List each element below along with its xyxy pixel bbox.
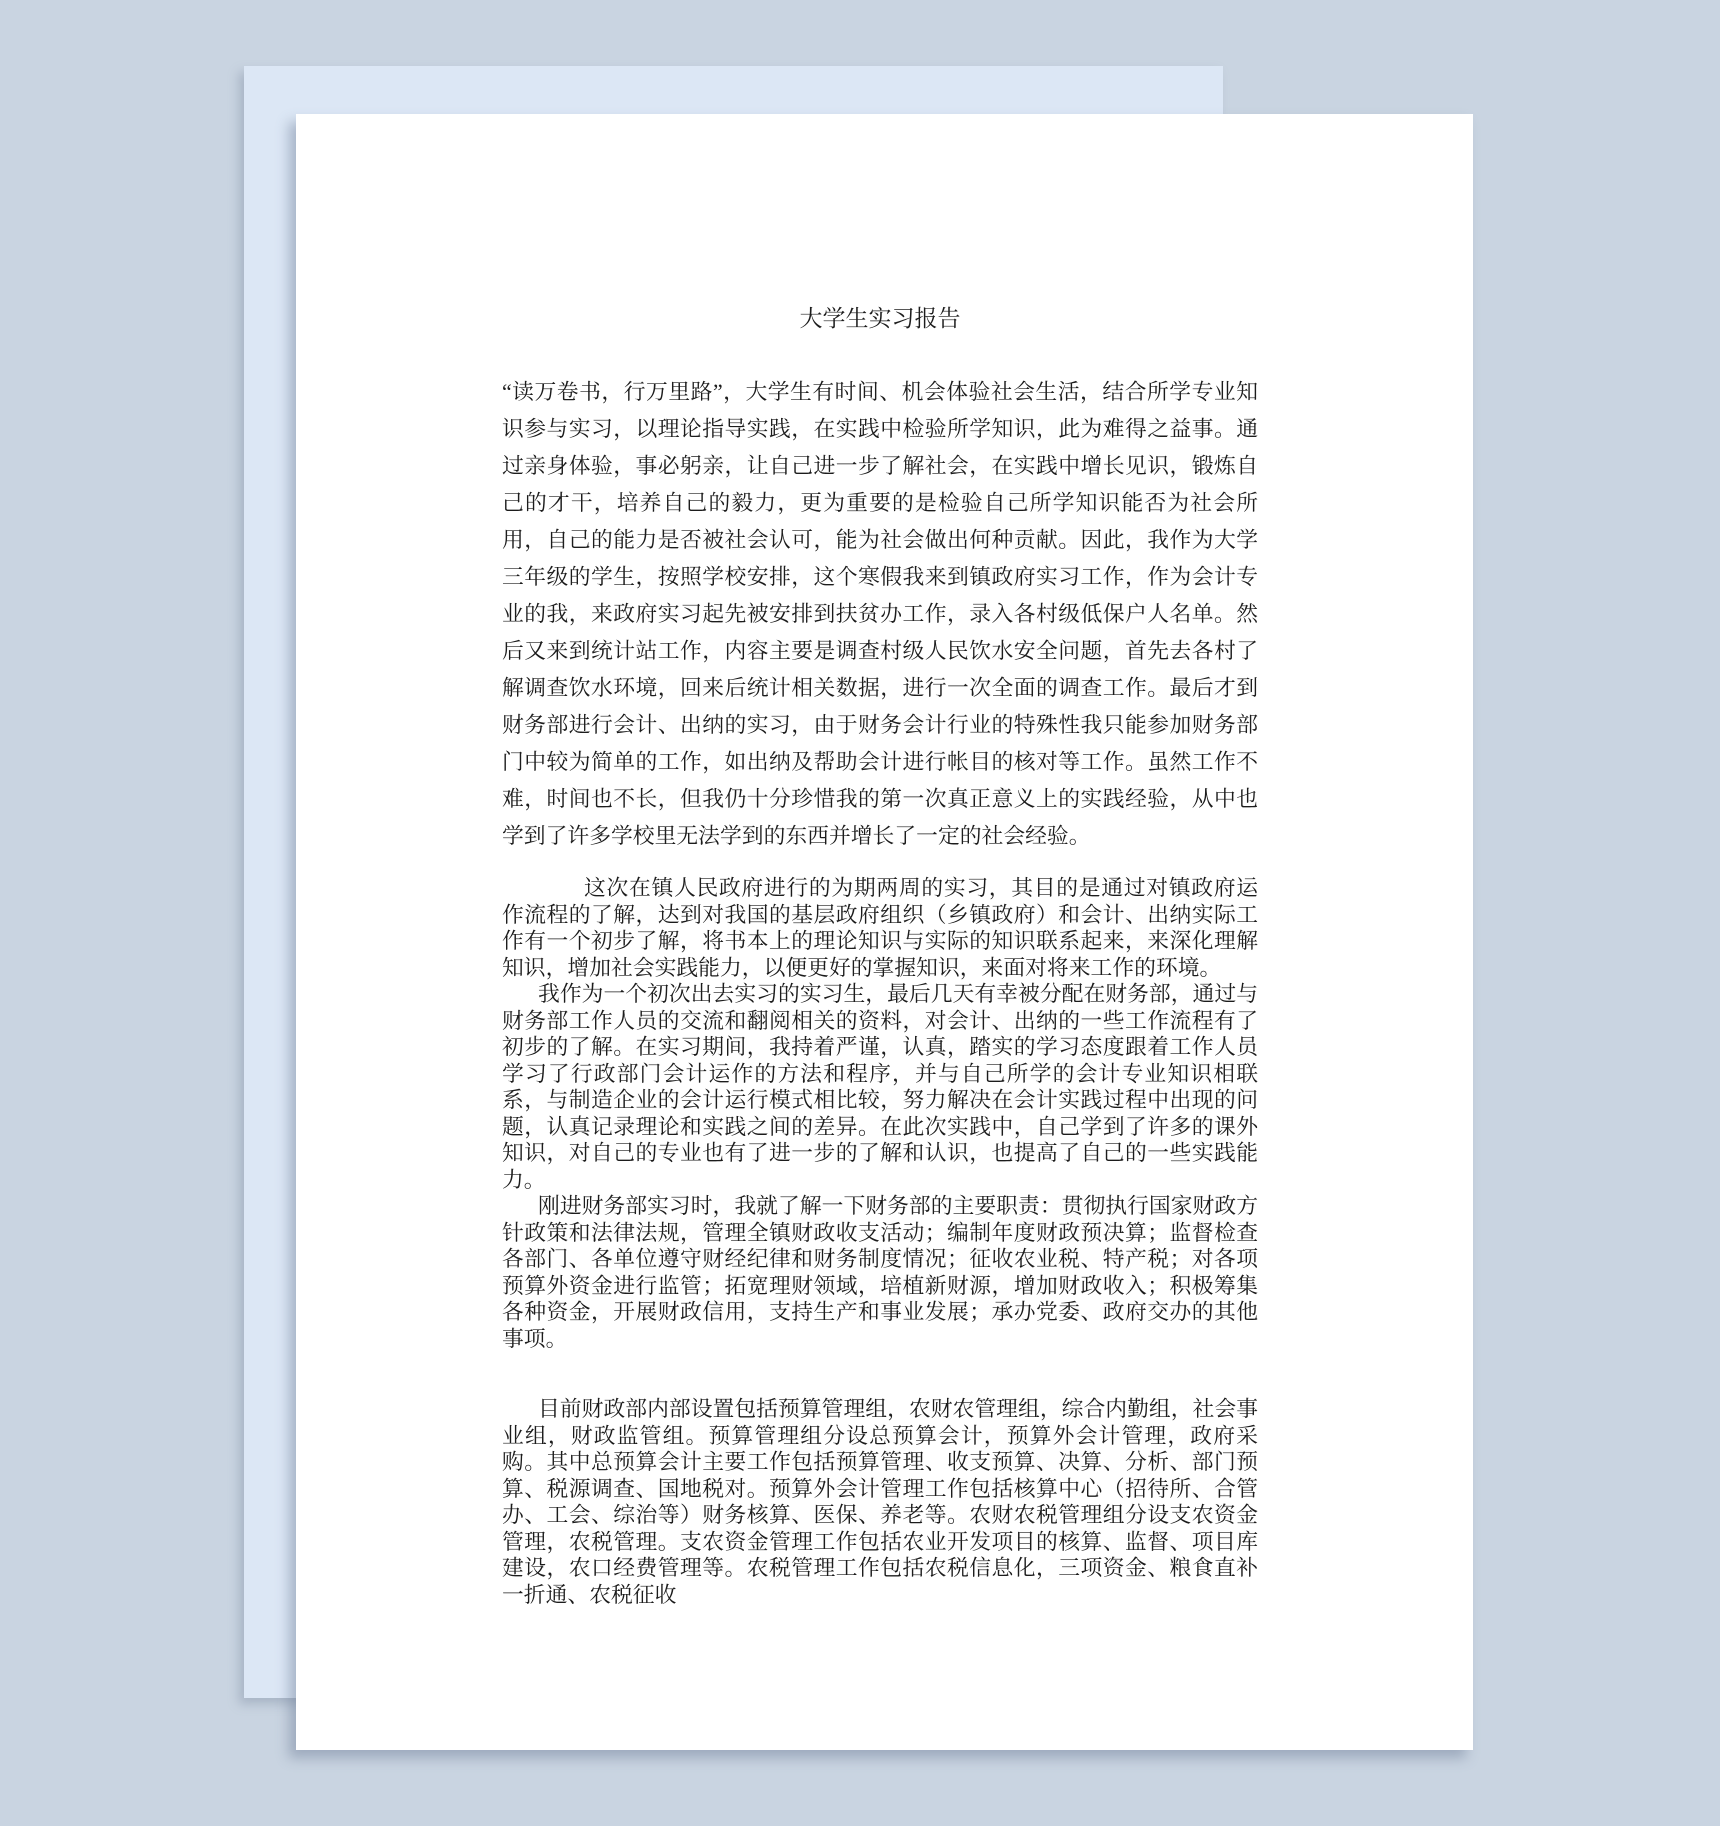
canvas: { "document": { "title": "大学生实习报告", "par… — [0, 0, 1720, 1826]
report-paragraph-3: 我作为一个初次出去实习的实习生，最后几天有幸被分配在财务部，通过与财务部工作人员… — [502, 981, 1258, 1193]
report-paragraph-1: “读万卷书，行万里路”，大学生有时间、机会体验社会生活，结合所学专业知识参与实习… — [502, 374, 1258, 855]
report-content: 大学生实习报告 “读万卷书，行万里路”，大学生有时间、机会体验社会生活，结合所学… — [502, 114, 1258, 1608]
report-paragraph-4: 刚进财务部实习时，我就了解一下财务部的主要职责：贯彻执行国家财政方针政策和法律法… — [502, 1193, 1258, 1352]
report-paragraph-5: 目前财政部内部设置包括预算管理组，农财农管理组，综合内勤组，社会事业组，财政监管… — [502, 1396, 1258, 1608]
report-page: 大学生实习报告 “读万卷书，行万里路”，大学生有时间、机会体验社会生活，结合所学… — [296, 114, 1473, 1750]
report-paragraph-2: 这次在镇人民政府进行的为期两周的实习，其目的是通过对镇政府运作流程的了解，达到对… — [502, 875, 1258, 981]
report-title: 大学生实习报告 — [502, 300, 1258, 337]
